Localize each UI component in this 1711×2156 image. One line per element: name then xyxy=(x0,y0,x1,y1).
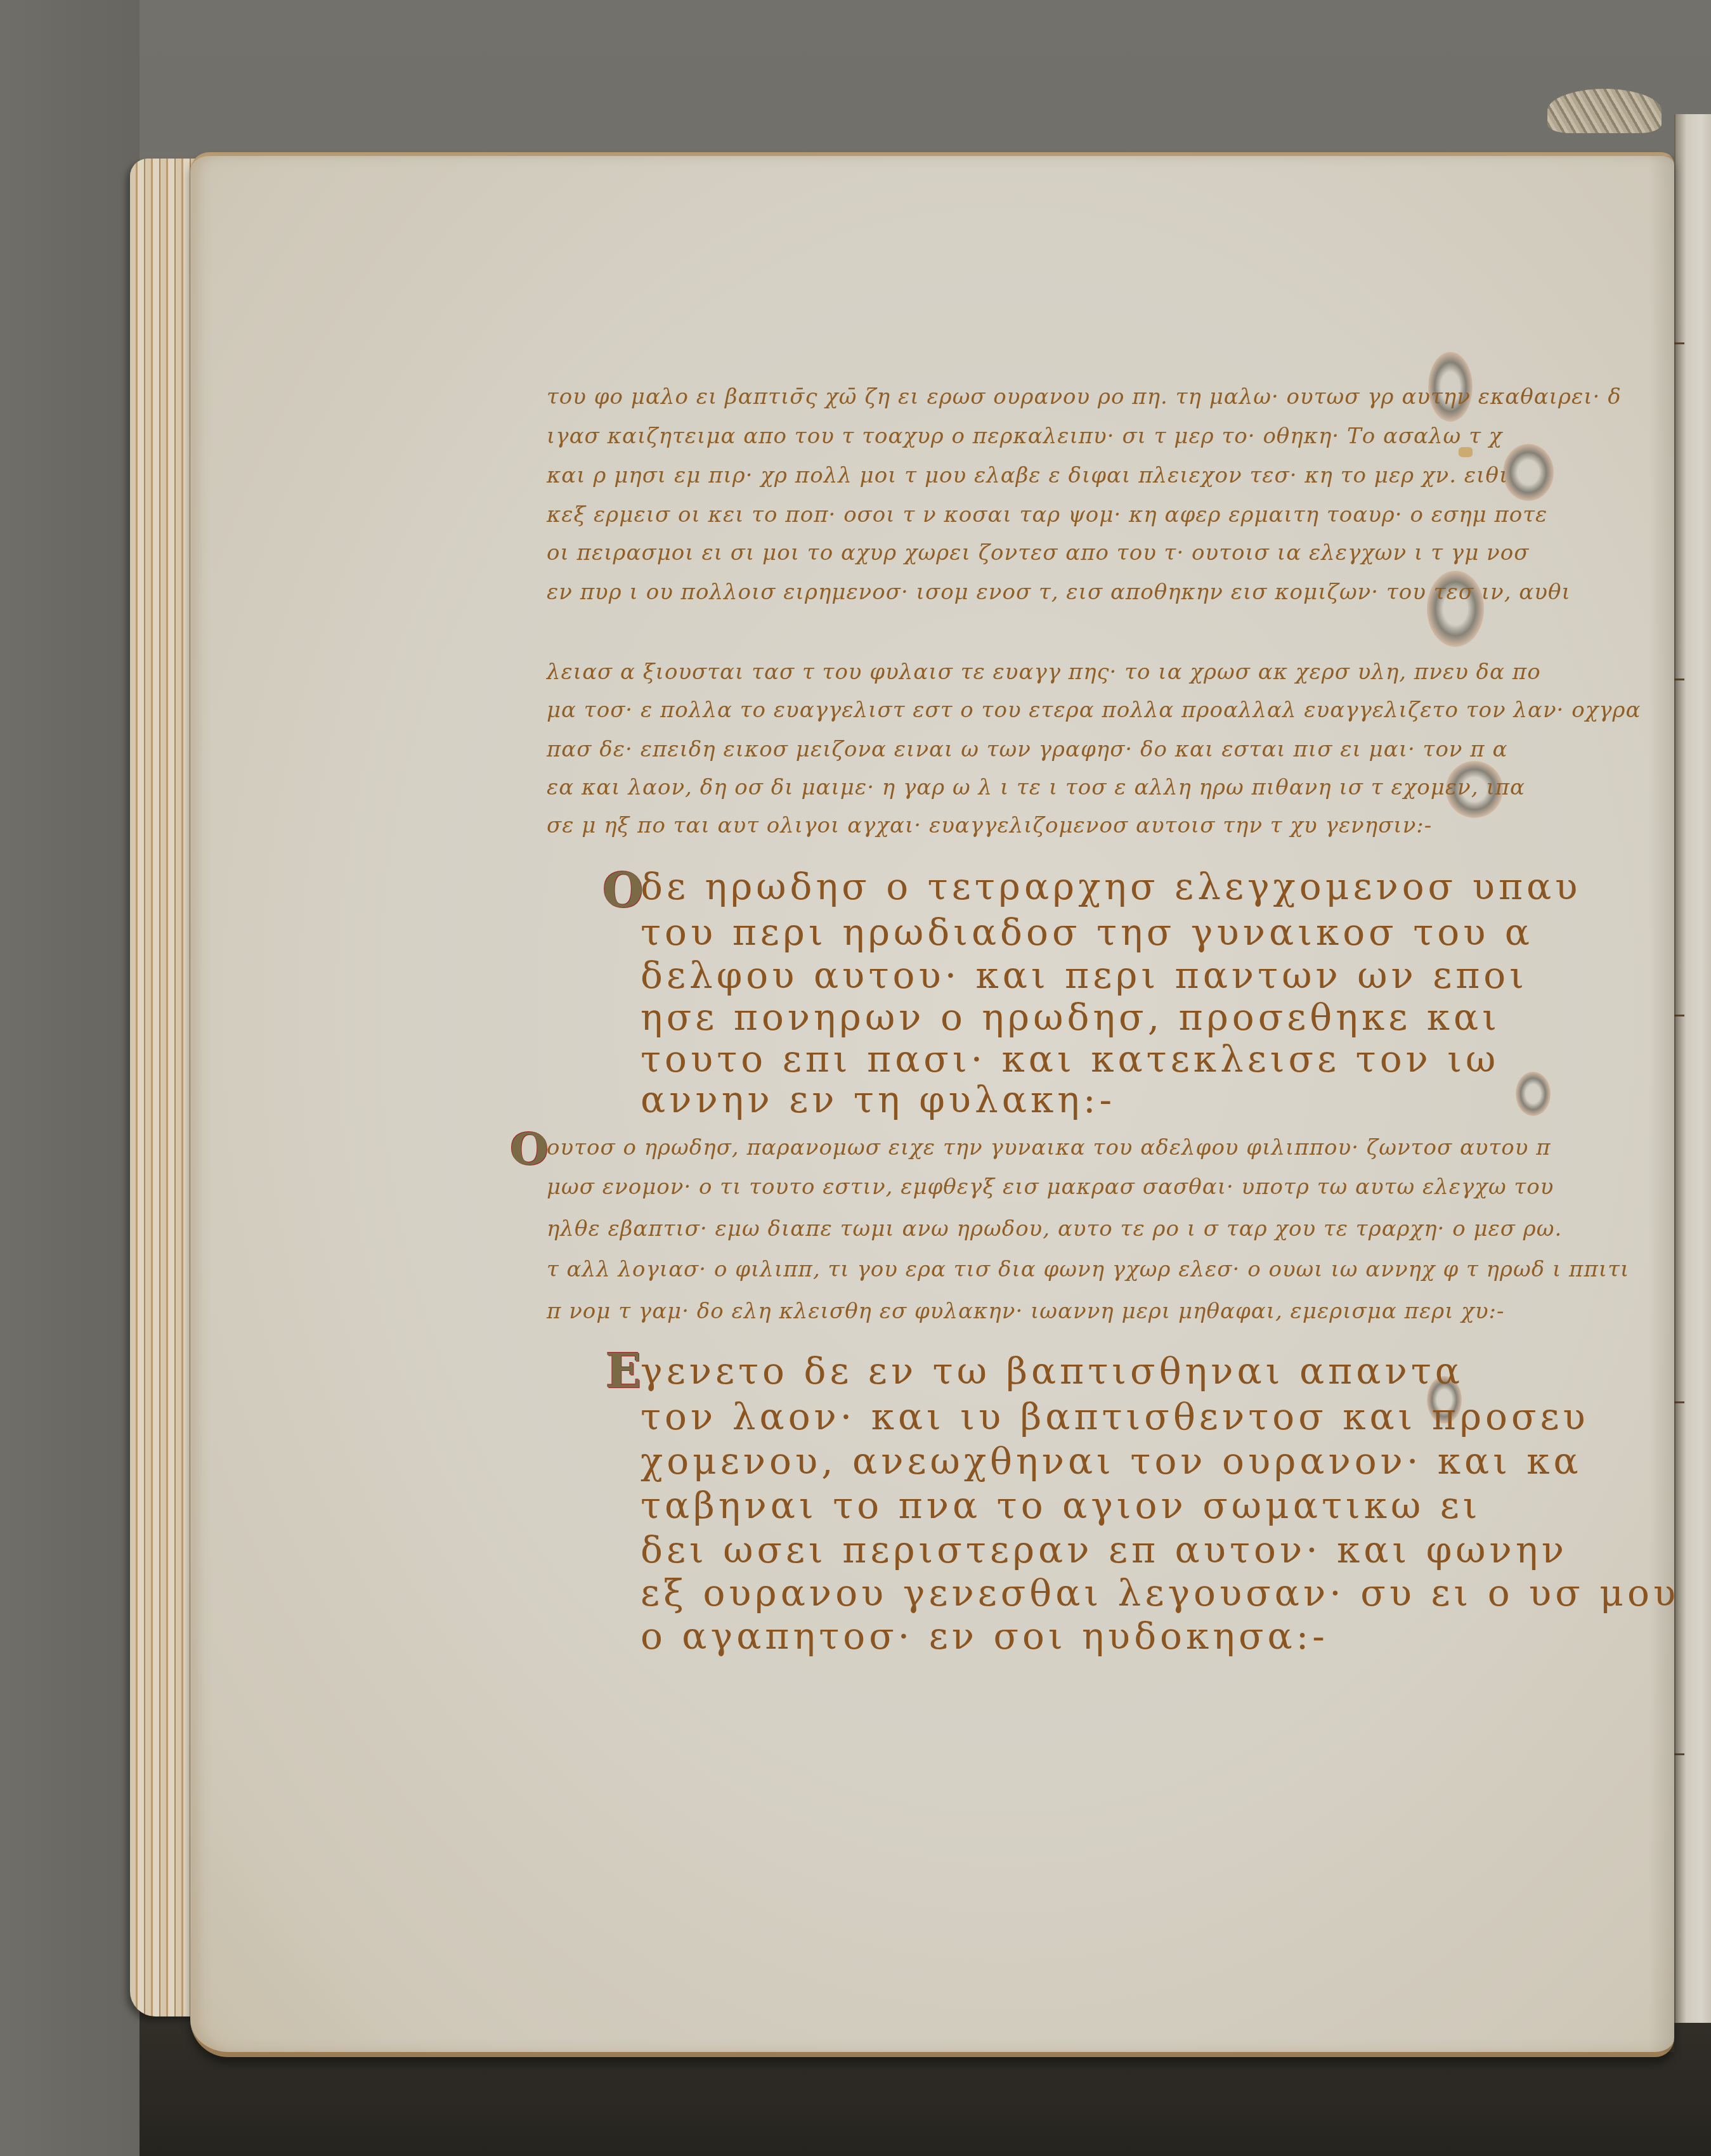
lemma-line: δελφου αυτου· και περι παντων ων εποι xyxy=(641,954,1528,997)
lemma-line: χομενου, ανεωχθηναι τον ουρανον· και κα xyxy=(641,1439,1582,1483)
lemma-line: τουτο επι πασι· και κατεκλεισε τον ιω xyxy=(641,1037,1499,1081)
commentary-line: τ αλλ λογιασ· ο φιλιππ, τι γου ερα τισ δ… xyxy=(547,1257,1629,1282)
commentary-line: οι πειρασμοι ει σι μοι το αχυρ χωρει ζον… xyxy=(547,540,1529,566)
commentary-line: μα τοσ· ε πολλα το ευαγγελιστ εστ ο του … xyxy=(547,698,1641,723)
lemma-line: του περι ηρωδιαδοσ τησ γυναικοσ του α xyxy=(641,911,1533,954)
commentary-line: κεξ ερμεισ οι κει το ποπ· οσοι τ ν κοσαι… xyxy=(547,502,1547,528)
commentary-line: εν πυρ ι ου πολλοισ ειρημενοσ· ισομ ενοσ… xyxy=(547,580,1571,605)
commentary-line: ουτοσ ο ηρωδησ, παρανομωσ ειχε την γυναι… xyxy=(547,1135,1551,1160)
initial-letter: Ε xyxy=(606,1344,641,1399)
background-left xyxy=(0,0,140,2156)
initial-letter: Ο xyxy=(602,864,643,918)
binding-cord xyxy=(1547,89,1662,133)
commentary-line: και ρ μησι εμ πιρ· χρ πολλ μοι τ μου ελα… xyxy=(547,463,1508,488)
commentary-line: π νομ τ γαμ· δο ελη κλεισθη εσ φυλακην· … xyxy=(547,1299,1505,1324)
commentary-line: εα και λαον, δη οσ δι μαιμε· η γαρ ω λ ι… xyxy=(547,775,1525,800)
lemma-line: ησε πονηρων ο ηρωδησ, προσεθηκε και xyxy=(641,996,1500,1039)
commentary-line: ηλθε εβαπτισ· εμω διαπε τωμι ανω ηρωδου,… xyxy=(547,1216,1562,1242)
commentary-line: ιγασ καιζητειμα απο του τ τοαχυρ ο περκα… xyxy=(547,424,1502,449)
lemma-line: δε ηρωδησ ο τετραρχησ ελεγχομενοσ υπαυ xyxy=(641,865,1581,908)
gutter-facing-page xyxy=(1674,114,1711,2023)
lemma-line: αννην εν τη φυλακη:- xyxy=(641,1078,1116,1121)
lemma-line: ο αγαπητοσ· εν σοι ηυδοκησα:- xyxy=(641,1614,1329,1658)
commentary-line: λειασ α ξιουσται τασ τ του φυλαισ τε ευα… xyxy=(547,659,1541,685)
commentary-line: πασ δε· επειδη εικοσ μειζονα ειναι ω των… xyxy=(547,737,1507,762)
lemma-line: δει ωσει περιστεραν επ αυτον· και φωνην xyxy=(641,1528,1568,1571)
margin-offset-mark xyxy=(1503,444,1554,501)
commentary-line: του φο μαλο ει βαπτισ̄ς χω̄ ζη ει ερωσ ο… xyxy=(547,384,1622,410)
margin-offset-mark xyxy=(1516,1072,1551,1116)
commentary-line: μωσ ενομον· ο τι τουτο εστιν, εμφθεγξ ει… xyxy=(547,1174,1554,1200)
lemma-line: εξ ουρανου γενεσθαι λεγουσαν· συ ει ο υσ… xyxy=(641,1571,1679,1614)
lemma-line: ταβηναι το πνα το αγιον σωματικω ει xyxy=(641,1484,1481,1527)
initial-letter: Ο xyxy=(510,1122,549,1175)
lemma-line: τον λαον· και ιυ βαπτισθεντοσ και προσευ xyxy=(641,1395,1589,1438)
commentary-line: σε μ ηξ πο ται αυτ ολιγοι αγχαι· ευαγγελ… xyxy=(547,813,1432,838)
lemma-line: γενετο δε εν τω βαπτισθηναι απαντα xyxy=(641,1349,1464,1393)
